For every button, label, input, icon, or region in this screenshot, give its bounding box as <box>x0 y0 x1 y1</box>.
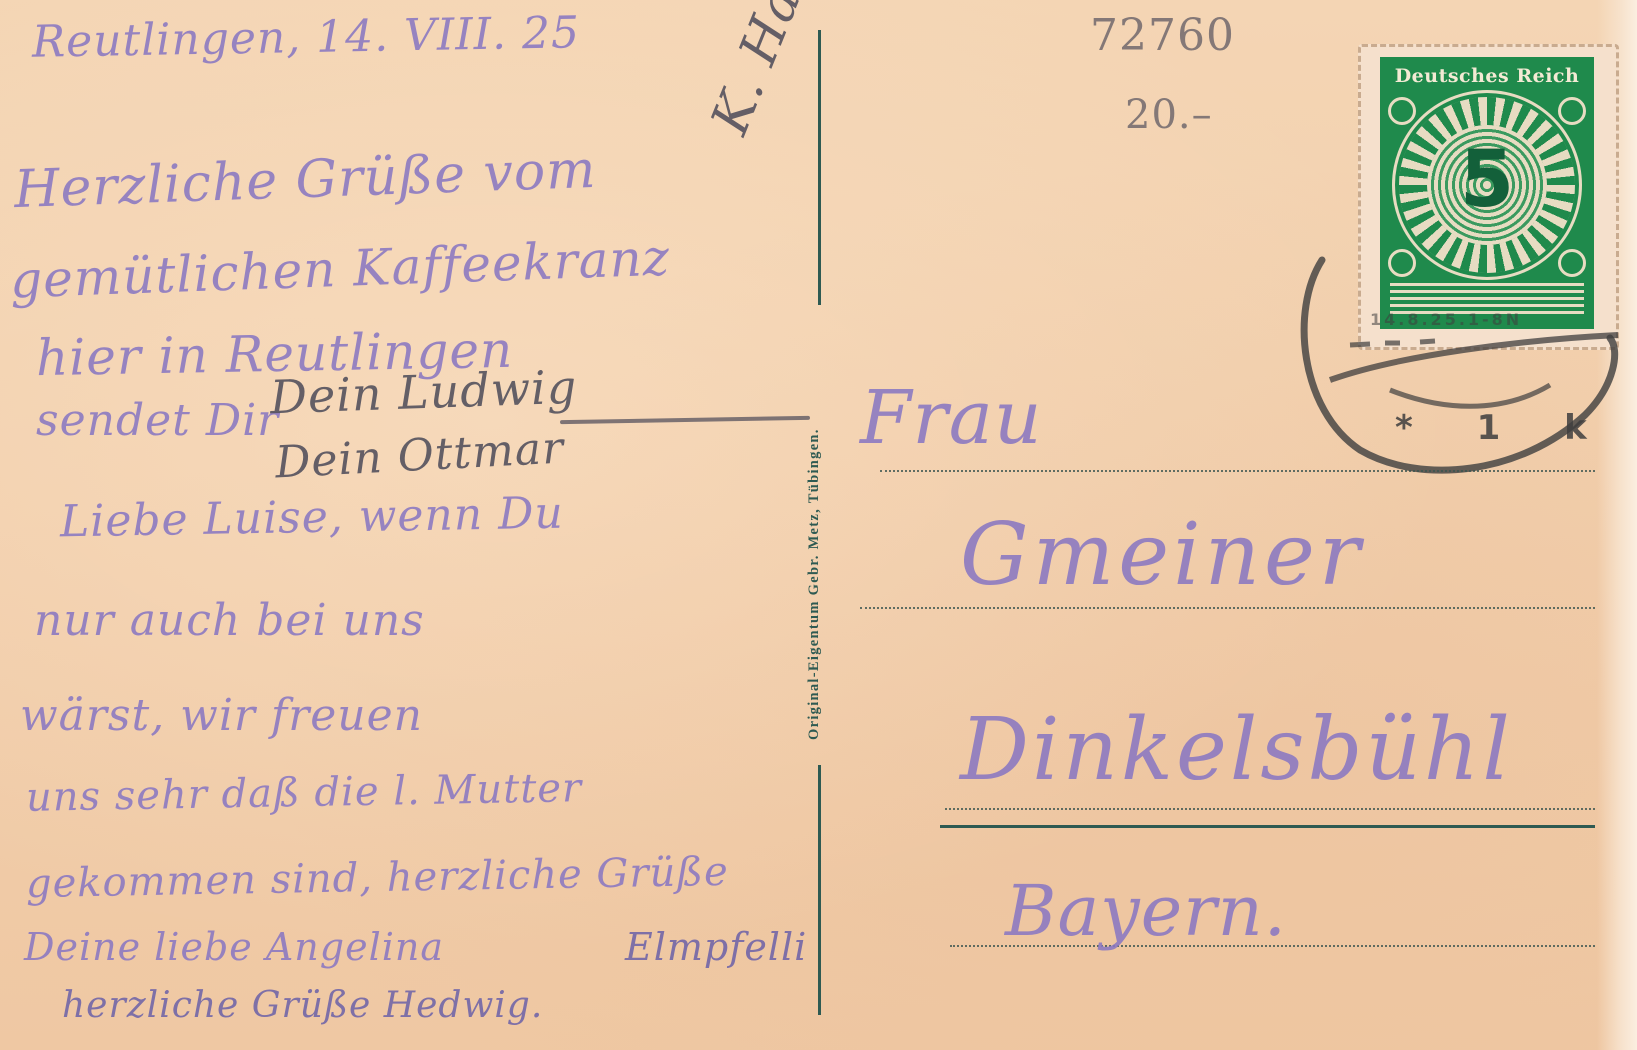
message-line: herzliche Grüße Hedwig. <box>62 985 543 1026</box>
message-line: gemütlichen Kaffeekranz <box>9 228 671 309</box>
center-divider-bottom <box>818 765 821 1015</box>
message-line: nur auch bei uns <box>34 595 425 646</box>
stamp-country: Deutsches Reich <box>1380 65 1594 87</box>
extra-signature: Elmpfelli <box>625 925 807 969</box>
message-line: uns sehr daß die l. Mutter <box>26 765 583 821</box>
stamp-value: 5 <box>1380 135 1594 225</box>
address-line-1 <box>880 470 1595 472</box>
center-divider-top <box>818 30 821 305</box>
postmark-date: 14.8.25.1-8N <box>1370 310 1522 329</box>
message-line: Herzliche Grüße vom <box>13 140 597 220</box>
place-date: Reutlingen, 14. VIII. 25 <box>32 7 581 68</box>
postmark: * 1 k 14.8.25.1-8N <box>1300 240 1620 490</box>
address-line-3 <box>945 808 1595 810</box>
message-line: wärst, wir freuen <box>20 690 423 741</box>
postcard: Reutlingen, 14. VIII. 25 Herzliche Grüße… <box>0 0 1637 1050</box>
address-surname: Gmeiner <box>960 505 1364 605</box>
catalog-number: 72760 <box>1090 10 1235 61</box>
price-note: 20.– <box>1125 92 1213 138</box>
address-title: Frau <box>860 375 1043 461</box>
message-line: gekommen sind, herzliche Grüße <box>26 849 729 907</box>
postmark-bottom: * 1 k <box>1395 408 1613 448</box>
message-line: Deine liebe Angelina <box>24 925 444 969</box>
address-underline <box>940 825 1595 828</box>
pencil-stroke <box>560 416 810 424</box>
address-line-2 <box>860 607 1595 609</box>
message-line: Liebe Luise, wenn Du <box>60 488 565 548</box>
stamp-corner-icon <box>1388 97 1416 125</box>
printer-imprint: Original-Eigentum Gebr. Metz, Tübingen. <box>806 428 823 740</box>
stamp-corner-icon <box>1558 97 1586 125</box>
pencil-signature: Dein Ludwig <box>269 360 578 425</box>
address-region: Bayern. <box>1005 870 1287 952</box>
postmark-ring-icon <box>1300 240 1620 490</box>
address-city: Dinkelsbühl <box>960 700 1513 800</box>
message-line: sendet Dir <box>36 395 279 446</box>
pencil-signature: Dein Ottmar <box>274 422 565 488</box>
